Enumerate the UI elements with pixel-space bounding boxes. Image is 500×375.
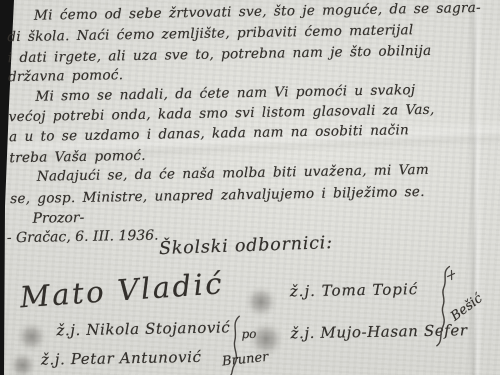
body-line: se, gosp. Ministre, unapred zahvaljujemo…	[10, 183, 496, 207]
letter-content: Mi ćemo od sebe žrtvovati sve, što je mo…	[0, 0, 500, 375]
place-name: Prozor-	[32, 210, 84, 227]
body-line: di škola. Naći ćemo zemljište, pribaviti…	[7, 21, 493, 45]
signature-nikola-stojanovic: ž.j. Nikola Stojanović	[56, 318, 230, 339]
signature-petar-antunovic: ž.j. Petar Antunović	[41, 348, 202, 369]
fingerprint-smudge	[248, 321, 284, 357]
fingerprint-smudge	[9, 352, 36, 375]
signature-mato-vladic: Mato Vladić	[19, 266, 225, 314]
brace-mark	[432, 264, 457, 346]
body-line: Mi ćemo od sebe žrtvovati sve, što je mo…	[7, 0, 500, 24]
scanned-letter-page: Mi ćemo od sebe žrtvovati sve, što je mo…	[0, 0, 500, 375]
place-and-date: - Gračac, 6. III. 1936.	[7, 228, 159, 247]
fingerprint-smudge	[245, 286, 278, 319]
signatories-heading: Školski odbornici:	[159, 233, 333, 259]
body-line: a u to se uzdamo i danas, kada nam na os…	[9, 121, 495, 145]
fingerprint-smudge	[16, 322, 47, 353]
signature-toma-topic: ž.j. Toma Topić	[290, 280, 419, 300]
